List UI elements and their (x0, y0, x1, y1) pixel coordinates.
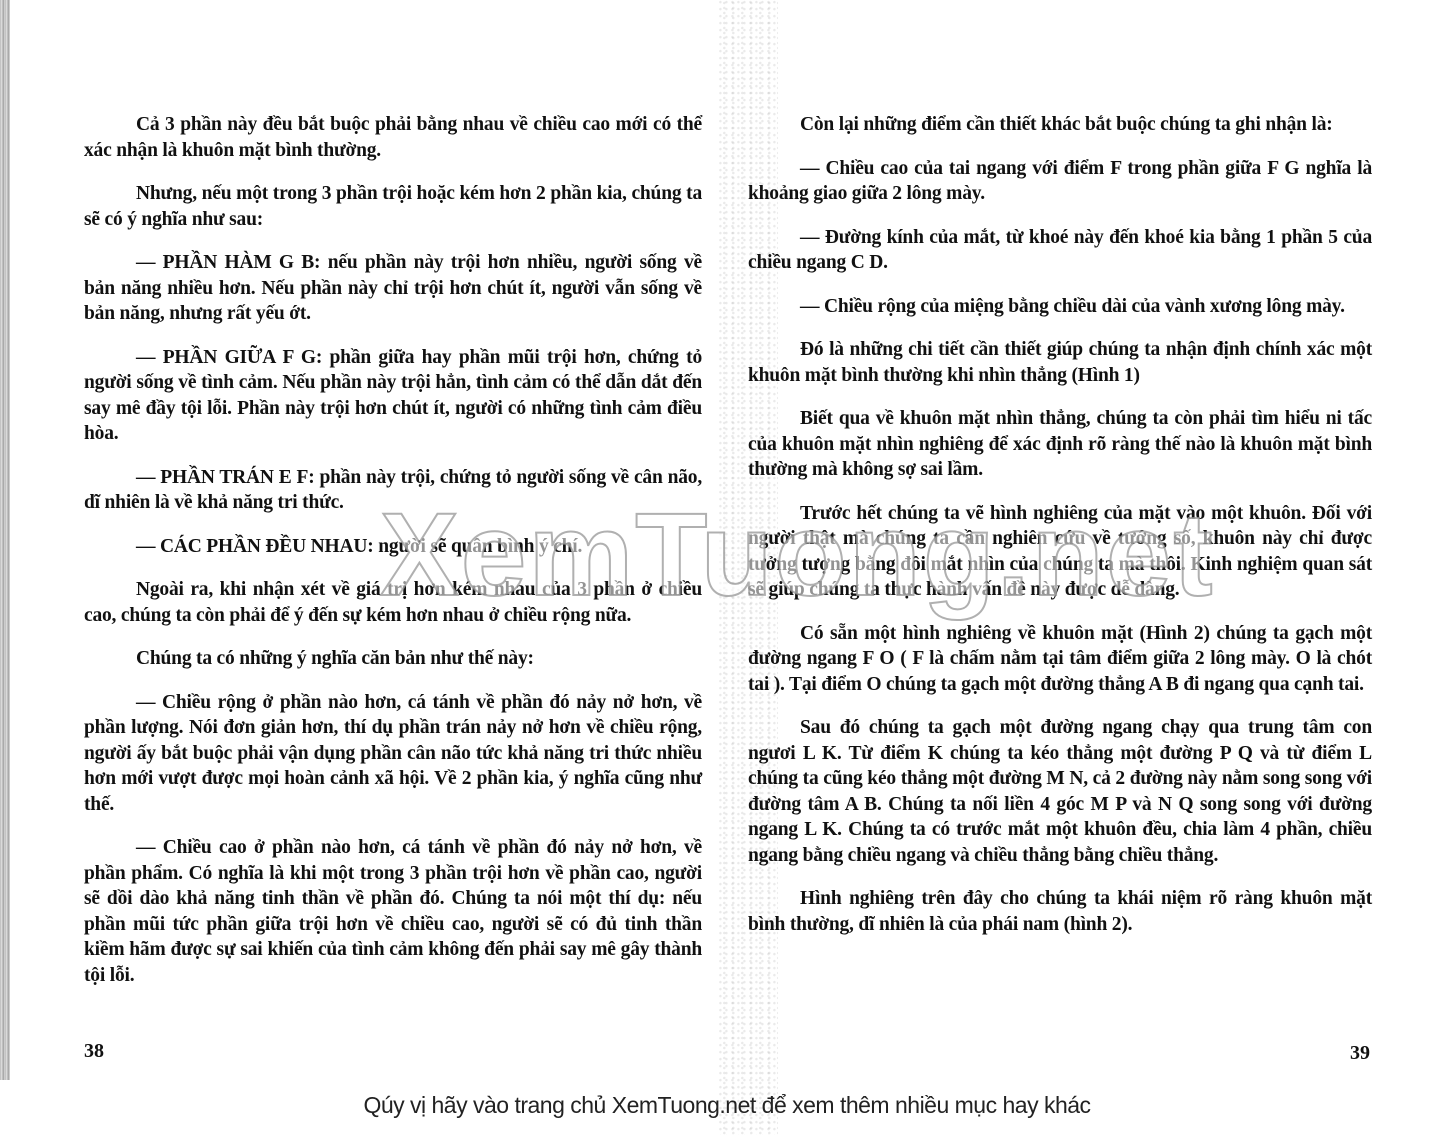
paragraph-mouth-width: — Chiều rộng của miệng bằng chiều dài củ… (748, 294, 1372, 320)
paragraph-eye-diameter: — Đường kính của mắt, từ khoé này đến kh… (748, 225, 1372, 276)
paragraph: Sau đó chúng ta gạch một đường ngang chạ… (748, 715, 1372, 868)
footer-promo-text: Qúy vị hãy vào trang chủ XemTuong.net để… (0, 1092, 1454, 1119)
paragraph: Có sẵn một hình nghiêng về khuôn mặt (Hì… (748, 621, 1372, 698)
right-page: Còn lại những điểm cần thiết khác bắt bu… (748, 112, 1372, 955)
paragraph: Còn lại những điểm cần thiết khác bắt bu… (748, 112, 1372, 138)
paragraph-height: — Chiều cao ở phần nào hơn, cá tánh về p… (84, 835, 702, 988)
paragraph: Đó là những chi tiết cần thiết giúp chún… (748, 337, 1372, 388)
paragraph-ear-height: — Chiều cao của tai ngang với điểm F tro… (748, 156, 1372, 207)
page-number-left: 38 (84, 1040, 104, 1063)
paragraph: Nhưng, nếu một trong 3 phần trội hoặc ké… (84, 181, 702, 232)
paragraph: Cả 3 phần này đều bắt buộc phải bằng nha… (84, 112, 702, 163)
paragraph-width: — Chiều rộng ở phần nào hơn, cá tánh về … (84, 690, 702, 818)
left-page: Cả 3 phần này đều bắt buộc phải bằng nha… (84, 112, 702, 1006)
paragraph-forehead-section: — PHẦN TRÁN E F: phần này trội, chứng tỏ… (84, 465, 702, 516)
paragraph-jaw-section: — PHẦN HÀM G B: nếu phần này trội hơn nh… (84, 250, 702, 327)
paragraph-equal-sections: — CÁC PHẦN ĐỀU NHAU: người sẽ quân bình … (84, 534, 702, 560)
page-number-right: 39 (1350, 1042, 1370, 1065)
paragraph-middle-section: — PHẦN GIỮA F G: phần giữa hay phần mũi … (84, 345, 702, 447)
paragraph: Chúng ta có những ý nghĩa căn bản như th… (84, 646, 702, 672)
paragraph: Hình nghiêng trên đây cho chúng ta khái … (748, 886, 1372, 937)
paragraph: Trước hết chúng ta vẽ hình nghiêng của m… (748, 501, 1372, 603)
book-spine-edge (0, 0, 10, 1080)
paragraph: Ngoài ra, khi nhận xét về giá trị hơn ké… (84, 577, 702, 628)
paragraph: Biết qua về khuôn mặt nhìn thẳng, chúng … (748, 406, 1372, 483)
